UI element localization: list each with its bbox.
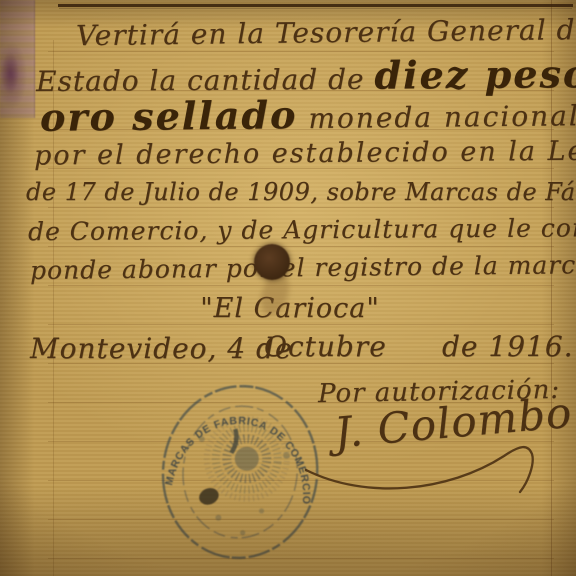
handwriting-text: por el derecho establecido en la Ley [34,136,576,172]
top-border-line [58,4,573,7]
handwriting-text: de 1916. [442,330,574,363]
dateline-month: Octubre [264,330,387,363]
handwritten-line-3: oro sellado moneda nacional [40,89,576,140]
handwriting-text: Montevideo, 4 de [30,332,293,365]
revenue-stamp-remnant [0,0,35,118]
dateline-place: Montevideo, 4 de [30,332,293,365]
amount-text: oro sellado [40,92,298,140]
handwritten-line-5: de 17 de Julio de 1909, sobre Marcas de … [26,178,576,206]
handwritten-line-4: por el derecho establecido en la Ley [34,136,576,172]
handwriting-text: Vertirá en la Tesorería General del [76,13,576,52]
signature-flourish [296,424,540,516]
handwriting-text: de Comercio, y de Agricultura que le cor… [28,213,576,246]
handwriting-text: de 17 de Julio de 1909, sobre Marcas de … [26,178,576,206]
handwritten-line-1: Vertirá en la Tesorería General del [76,13,576,52]
document-photo: Vertirá en la Tesorería General del Esta… [0,0,576,576]
handwritten-line-7: ponde abonar por el registro de la marca… [30,250,576,285]
trademark-name: "El Carioca" [150,293,430,324]
handwriting-text: moneda nacional [297,99,576,135]
wax-seal-spot [254,244,290,280]
dateline-year: de 1916. [442,330,574,363]
handwriting-text: "El Carioca" [200,293,380,324]
handwriting-text: Octubre [264,330,387,363]
handwriting-text: ponde abonar por el registro de la marca… [30,250,576,285]
handwritten-line-6: de Comercio, y de Agricultura que le cor… [28,213,576,246]
